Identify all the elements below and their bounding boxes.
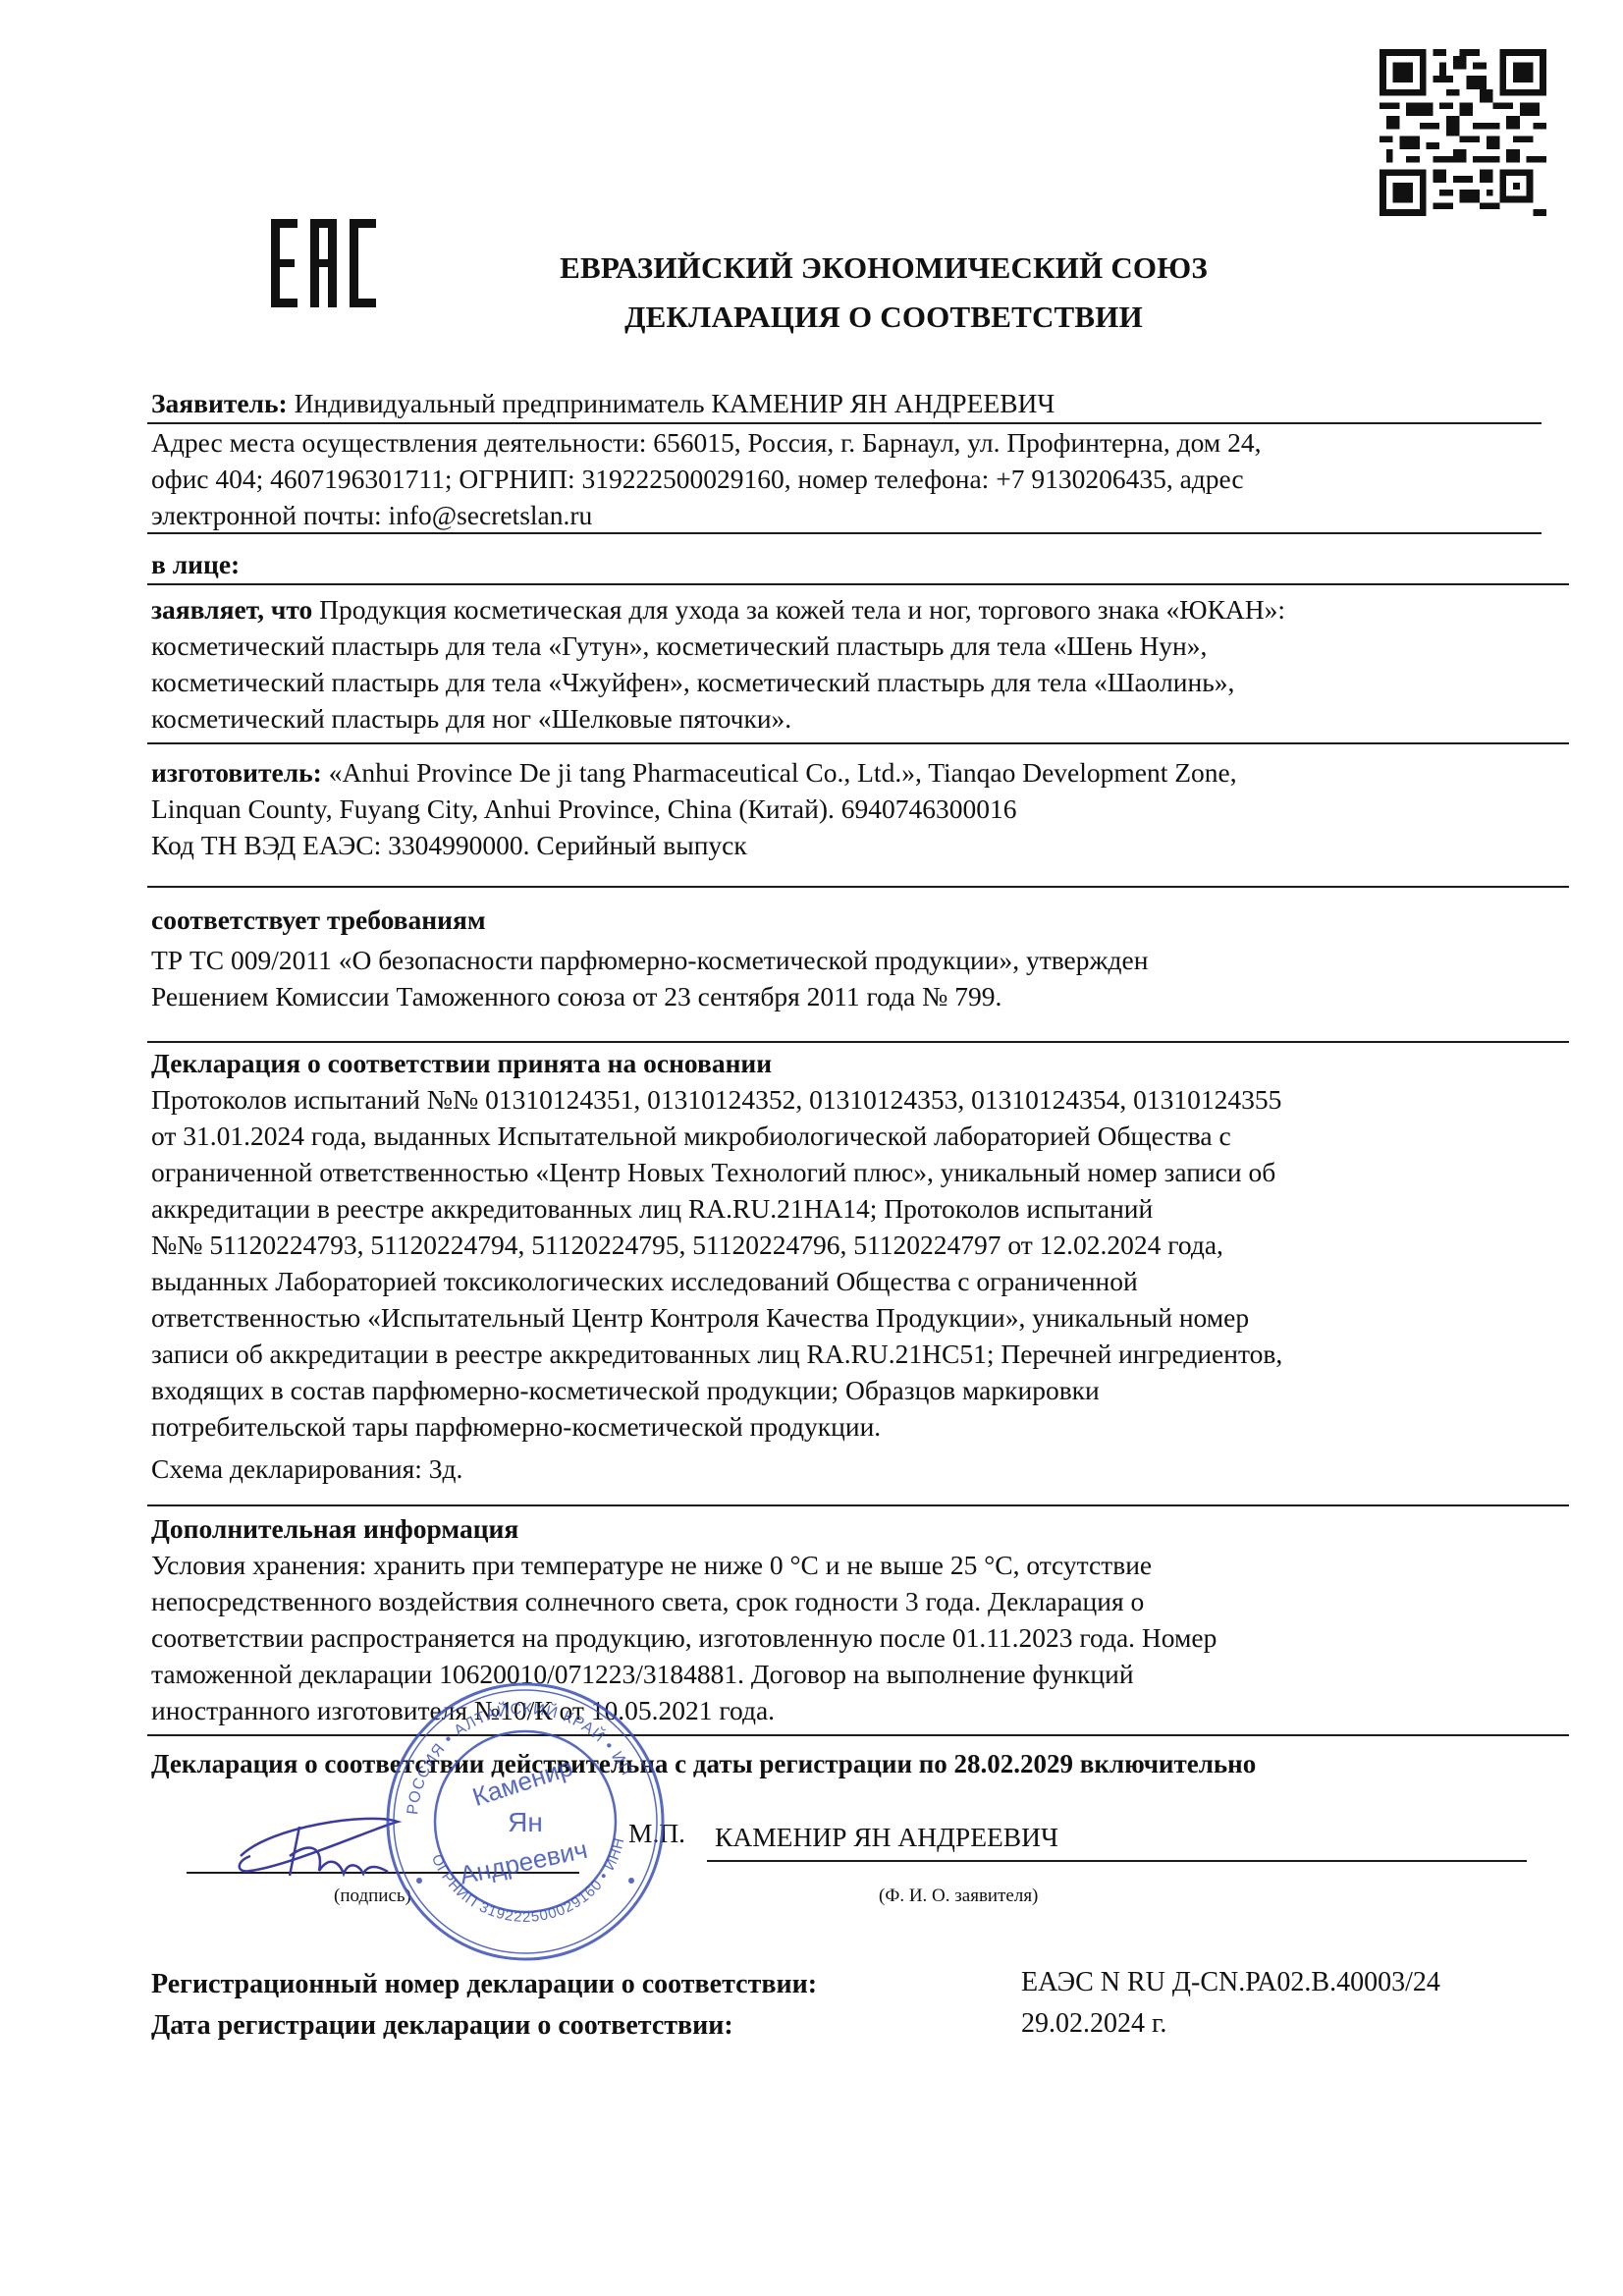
stamp-line: Каменир <box>469 1752 576 1812</box>
additional-line: Условия хранения: хранить при температур… <box>151 1547 1545 1583</box>
product-line: косметический пластырь для ног «Шелковые… <box>151 700 1545 737</box>
basis-line: аккредитации в реестре аккредитованных л… <box>151 1190 1545 1227</box>
eac-logo-icon <box>263 214 391 312</box>
basis-label: Декларация о соответствии принята на осн… <box>151 1045 1545 1081</box>
applicant-section: Заявитель: Индивидуальный предпринимател… <box>151 385 1545 421</box>
basis-line: ограниченной ответственностью «Центр Нов… <box>151 1154 1545 1190</box>
manufacturer-line: «Anhui Province De ji tang Pharmaceutica… <box>329 757 1237 788</box>
hs-code-line: Код ТН ВЭД ЕАЭС: 3304990000. Серийный вы… <box>151 827 1545 863</box>
name-line <box>707 1860 1527 1862</box>
basis-line: ответственностью «Испытательный Центр Ко… <box>151 1299 1545 1336</box>
manufacturer-section: изготовитель: «Anhui Province De ji tang… <box>151 754 1545 863</box>
declares-section: заявляет, что Продукция косметическая дл… <box>151 591 1545 737</box>
regulation-line: ТР ТС 009/2011 «О безопасности парфюмерн… <box>151 942 1545 978</box>
product-line: косметический пластырь для тела «Гутун»,… <box>151 628 1545 664</box>
registration-date-value: 29.02.2024 г. <box>1021 2005 1571 2042</box>
document-title: ДЕКЛАРАЦИЯ О СООТВЕТСТВИИ <box>393 293 1375 342</box>
official-stamp-icon: РОССИЯ • АЛТАЙСКИЙ КРАЙ • ИП ОГРНИП 3192… <box>378 1674 673 1969</box>
union-title: ЕВРАЗИЙСКИЙ ЭКОНОМИЧЕСКИЙ СОЮЗ <box>393 244 1375 293</box>
address-line: Адрес места осуществления деятельности: … <box>151 424 1545 461</box>
additional-info-label: Дополнительная информация <box>151 1510 1545 1547</box>
basis-section: Декларация о соответствии принята на осн… <box>151 1045 1545 1487</box>
basis-line: Протоколов испытаний №№ 01310124351, 013… <box>151 1081 1545 1118</box>
divider <box>147 532 1542 534</box>
applicant-label: Заявитель: <box>151 388 288 418</box>
basis-line: записи об аккредитации в реестре аккреди… <box>151 1336 1545 1372</box>
additional-line: соответствии распространяется на продукц… <box>151 1619 1545 1656</box>
address-line: электронной почты: info@secretslan.ru <box>151 497 1545 533</box>
document-header: ЕВРАЗИЙСКИЙ ЭКОНОМИЧЕСКИЙ СОЮЗ ДЕКЛАРАЦИ… <box>393 244 1375 342</box>
complies-section: соответствует требованиям ТР ТС 009/2011… <box>151 902 1545 1014</box>
product-line: косметический пластырь для тела «Чжуйфен… <box>151 664 1545 700</box>
basis-line: от 31.01.2024 года, выданных Испытательн… <box>151 1118 1545 1154</box>
address-line: офис 404; 4607196301711; ОГРНИП: 3192225… <box>151 461 1545 497</box>
manufacturer-line: Linquan County, Fuyang City, Anhui Provi… <box>151 791 1545 827</box>
divider <box>147 886 1569 888</box>
declares-label: заявляет, что <box>151 594 312 625</box>
divider <box>147 1504 1569 1506</box>
additional-line: таможенной декларации 10620010/071223/31… <box>151 1656 1545 1692</box>
represented-by: в лице: <box>151 546 1545 582</box>
product-line: Продукция косметическая для ухода за кож… <box>319 594 1285 625</box>
basis-line: выданных Лабораторией токсикологических … <box>151 1263 1545 1299</box>
manufacturer-label: изготовитель: <box>151 757 322 788</box>
complies-label: соответствует требованиям <box>151 902 1545 938</box>
additional-line: непосредственного воздействия солнечного… <box>151 1583 1545 1619</box>
basis-line: №№ 51120224793, 51120224794, 51120224795… <box>151 1227 1545 1263</box>
basis-line: входящих в состав парфюмерно-косметическ… <box>151 1372 1545 1408</box>
divider <box>147 583 1569 585</box>
additional-line: иностранного изготовителя №10/К от 10.05… <box>151 1692 1545 1728</box>
declaration-scheme: Схема декларирования: 3д. <box>151 1450 1545 1487</box>
applicant-value: Индивидуальный предприниматель КАМЕНИР Я… <box>295 388 1055 418</box>
registration-number-label: Регистрационный номер декларации о соотв… <box>151 1966 1035 2002</box>
qr-code-icon <box>1380 49 1546 216</box>
applicant-name: КАМЕНИР ЯН АНДРЕЕВИЧ <box>715 1819 1304 1855</box>
registration-date-label: Дата регистрации декларации о соответств… <box>151 2007 1035 2044</box>
registration-number-value: ЕАЭС N RU Д-CN.РА02.В.40003/24 <box>1021 1964 1571 2000</box>
name-caption: (Ф. И. О. заявителя) <box>879 1878 1173 1914</box>
divider <box>147 742 1569 744</box>
regulation-line: Решением Комиссии Таможенного союза от 2… <box>151 978 1545 1014</box>
stamp-line: Ян <box>508 1807 543 1837</box>
applicant-address: Адрес места осуществления деятельности: … <box>151 424 1545 533</box>
stamp-line: Андреевич <box>457 1834 589 1890</box>
represented-by-label: в лице: <box>151 549 240 579</box>
additional-info-section: Дополнительная информация Условия хранен… <box>151 1510 1545 1728</box>
validity-statement: Декларация о соответствии действительна … <box>151 1746 1545 1782</box>
divider <box>147 1041 1569 1043</box>
divider <box>147 1734 1569 1736</box>
basis-line: потребительской тары парфюмерно-косметич… <box>151 1408 1545 1445</box>
